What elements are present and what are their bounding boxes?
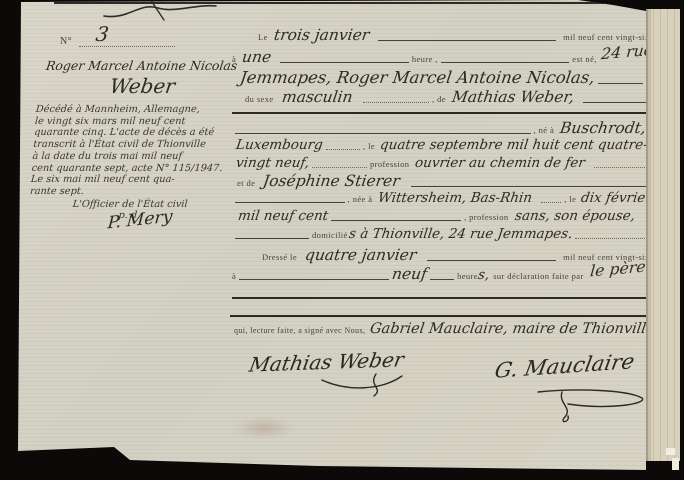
signature-father: Mathias Weber [248, 349, 406, 374]
act-line-mother-profession: mil neuf cent , profession sans, son épo… [238, 210, 652, 224]
printed-profession2: , profession [464, 212, 508, 224]
printed-dresse-le: Dressé le [262, 252, 297, 264]
death-note-line: quarante cinq. L'acte de décès a été [34, 127, 237, 139]
act-line-date: Le trois janvier mil neuf cent vingt-six… [258, 28, 652, 44]
hw-father-profession: ouvrier au chemin de fer [415, 157, 587, 171]
death-note-line: cent quarante sept, acte N° 115/1947. [31, 163, 234, 175]
printed-sur-declaration: sur déclaration faite par [493, 271, 583, 283]
fill-line [363, 102, 429, 103]
printed-le3: , le [564, 194, 576, 206]
printed-a: à [232, 54, 236, 66]
fill-line [239, 279, 389, 280]
death-note-line: Décédé à Mannheim, Allemagne, [35, 104, 238, 116]
paper-chip [666, 448, 675, 455]
act-number-label: N° [60, 36, 72, 49]
printed-nee-a: , née à [348, 194, 373, 206]
act-line-mother-birthplace: , née à Wittersheim, Bas-Rhin , le dix f… [232, 192, 652, 206]
death-note-line: à la date du trois mai mil neuf [32, 151, 235, 163]
fill-line [235, 202, 345, 203]
act-line-hour: à une heure , est né, 24 rue [232, 50, 652, 66]
signature-mayor-flourish [518, 386, 648, 426]
printed-ne-a: , né à [534, 125, 555, 137]
faded-stamp [233, 417, 295, 439]
register-page: N° 3 Roger Marcel Antoine Nicolas Weber … [18, 0, 646, 478]
fill-line [575, 238, 649, 239]
fill-line [594, 167, 649, 168]
act-line-signature-clause: qui, lecture faite, a signé avec Nous, G… [234, 322, 654, 337]
act-number-line [79, 30, 175, 47]
fill-line [598, 83, 644, 84]
section-rule [232, 297, 654, 299]
act-line-father-birthdate: Luxembourg , le quatre septembre mil hui… [236, 139, 652, 153]
printed-heure2: heure [457, 271, 478, 283]
printed-de: , de [432, 94, 446, 106]
hw-mother-birthdate: dix février [580, 192, 653, 206]
fill-line [312, 167, 367, 168]
hw-birth-date: trois janvier [273, 28, 370, 44]
fill-line [441, 62, 570, 63]
printed-le: Le [258, 32, 268, 44]
death-note-line: Le six mai mil neuf cent qua- [30, 174, 233, 186]
act-line-mother: et de Joséphine Stierer [237, 174, 652, 190]
pen-flourish-top [100, 0, 220, 24]
act-line-father-birthplace: , né à Buschrodt, [232, 121, 652, 137]
hw-mother-profession: sans, son épouse, [514, 210, 636, 224]
hw-father-name: Mathias Weber, [451, 90, 575, 106]
printed-lecture-clause: qui, lecture faite, a signé avec Nous, [234, 326, 365, 337]
printed-le2: , le [363, 141, 375, 153]
fill-line [541, 202, 561, 203]
fill-line [280, 62, 409, 63]
printed-domicilie: domicilié [312, 230, 348, 242]
printed-est-ne: est né, [572, 54, 597, 66]
hw-child-names: Jemmapes, Roger Marcel Antoine Nicolas, [239, 70, 596, 87]
death-note-line: rante sept. [30, 186, 233, 198]
hw-mother-name: Joséphine Stierer [262, 174, 401, 190]
fill-line [427, 260, 556, 261]
fill-line [411, 186, 649, 187]
hw-declarant: le père [589, 260, 646, 280]
margin-name-row: Roger Marcel Antoine Nicolas [44, 60, 240, 73]
signature-father-flourish [318, 372, 408, 398]
hw-hour: une [241, 50, 272, 66]
margin-name-line2: Weber [108, 76, 176, 96]
fill-line [326, 149, 360, 150]
signature-mayor: G. Mauclaire [493, 351, 636, 382]
hw-heure-s: s, [477, 269, 490, 283]
section-rule [232, 112, 652, 114]
printed-profession: profession [370, 159, 409, 171]
printed-heure: heure , [412, 54, 438, 66]
hw-domicile: s à Thionville, 24 rue Jemmapes. [348, 228, 573, 242]
fill-line [430, 279, 454, 280]
fill-line [583, 102, 649, 103]
fill-line [235, 238, 309, 239]
fill-line [235, 133, 531, 134]
fill-line [378, 40, 556, 41]
hw-mother-birthdate2: mil neuf cent [237, 210, 329, 224]
hw-father-country: Luxembourg [235, 139, 324, 153]
hw-sexe: masculin [280, 90, 353, 106]
paper-chip [672, 458, 679, 470]
hw-mother-birthplace: Wittersheim, Bas-Rhin [377, 192, 533, 206]
act-line-names: Jemmapes, Roger Marcel Antoine Nicolas, [240, 70, 646, 87]
scanned-register-photo: { "colors":{"background":"#0b0a09","pape… [0, 0, 684, 480]
hw-father-birthplace: Buschrodt, [559, 121, 647, 137]
printed-du-sexe: du sexe [245, 94, 274, 106]
margin-surname-row: Weber [44, 76, 240, 96]
hw-mayor-name: Gabriel Mauclaire, maire de Thionville. [369, 322, 660, 337]
hw-father-birthdate2: vingt neuf, [235, 157, 310, 171]
hw-record-hour: neuf [391, 267, 428, 283]
act-line-declaration: à neuf heure s, sur déclaration faite pa… [232, 267, 652, 283]
margin-name-line1: Roger Marcel Antoine Nicolas [45, 60, 238, 73]
margin-death-annotation: Décédé à Mannheim, Allemagne, le vingt s… [28, 104, 238, 222]
act-line-father-profession: vingt neuf, profession ouvrier au chemin… [236, 157, 652, 171]
section-rule [230, 315, 654, 317]
printed-a2: à [232, 271, 236, 283]
act-line-sex-father: du sexe masculin , de Mathias Weber, [245, 90, 652, 106]
act-line-domicile: domicilié s à Thionville, 24 rue Jemmape… [232, 228, 652, 242]
hw-father-birthdate: quatre septembre mil huit cent quatre-, [379, 139, 653, 153]
officer-title: L'Officier de l'État civil [29, 199, 232, 211]
officer-signature: P. Mery [107, 209, 173, 233]
death-note-line: transcrit à l'État civil de Thionville [33, 139, 236, 151]
death-note-line: le vingt six mars mil neuf cent [34, 116, 237, 128]
fill-line [331, 220, 461, 221]
adjacent-page-edge [646, 9, 680, 461]
hw-record-date: quatre janvier [304, 248, 417, 264]
printed-et-de: et de [237, 178, 255, 190]
